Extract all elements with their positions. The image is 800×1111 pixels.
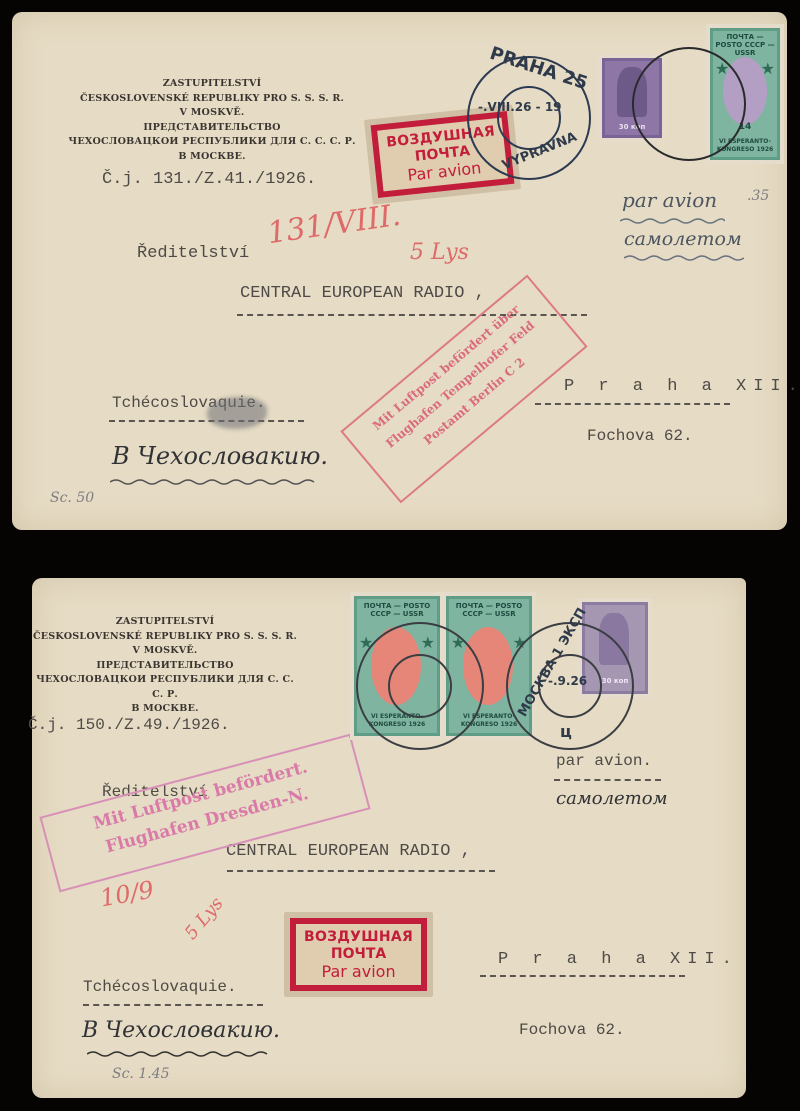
street-address: Fochova 62. [587, 427, 693, 445]
route-french-handwritten: par avion [622, 188, 717, 212]
letterhead-line: ЧЕХОСЛОВАЦКОИ РЕСПУБЛИКИ ДЛЯ С. С. С. Р. [30, 673, 300, 702]
recipient-name: CENTRAL EUROPEAN RADIO , [226, 842, 471, 861]
postmark-date: -.VIII.26 - 19 [478, 100, 562, 114]
letterhead-line: В МОСКВЕ. [30, 702, 300, 717]
underline [227, 870, 495, 872]
red-pencil-note: 5 Lys [410, 240, 469, 265]
letterhead-line: V MOSKVĚ. [67, 106, 357, 121]
pencil-rate-note: .35 [747, 188, 769, 204]
pencil-catalogue-note: Sc. 1.45 [112, 1066, 170, 1082]
addressee-title: Ředitelství [137, 244, 249, 263]
wavy-underline [620, 217, 725, 225]
letterhead-line: ПРЕДСТАВИТЕЛЬСТВО [30, 659, 300, 674]
destination-city: P r a h a XII. [564, 377, 800, 396]
letterhead: ZASTUPITELSTVÍ ČESKOSLOVENSKÉ REPUBLIKY … [67, 77, 357, 164]
letterhead-line: ZASTUPITELSTVÍ [30, 615, 300, 630]
ink-stain [207, 397, 267, 429]
country-french: Tchécoslovaquie. [83, 978, 237, 996]
cachet-line: Flughafen Tempelhofer Feld [361, 299, 559, 470]
letterhead-line: ČESKOSLOVENSKÉ REPUBLIKY PRO S. S. S. R. [67, 92, 357, 107]
moscow-postmark [632, 47, 746, 161]
underline [109, 420, 304, 422]
underline [535, 403, 730, 405]
wavy-underline [624, 254, 744, 262]
airmail-label: ВОЗДУШНАЯ ПОЧТА Par avion [284, 912, 433, 997]
letterhead-line: ČESKOSLOVENSKÉ REPUBLIKY PRO S. S. S. R. [30, 630, 300, 645]
route-russian-handwritten: самолетом [624, 228, 742, 250]
moscow-postmark-inner [388, 654, 452, 718]
letterhead: ZASTUPITELSTVÍ ČESKOSLOVENSKÉ REPUBLIKY … [30, 615, 300, 717]
red-pencil-file-number: 131/VIII. [265, 198, 403, 251]
underline [83, 1004, 263, 1006]
berlin-airmail-cachet: Mit Luftpost befördert über Flughafen Te… [340, 275, 587, 504]
country-russian-handwritten: В Чехословакию. [112, 442, 328, 470]
wavy-underline [87, 1050, 272, 1058]
stamp-header: ПОЧТА — POSTO СССР — USSR [713, 33, 777, 57]
street-address: Fochova 62. [519, 1021, 625, 1039]
label-line: ВОЗДУШНАЯ [304, 929, 413, 946]
letterhead-line: V MOSKVĚ. [30, 644, 300, 659]
red-pencil-file-number: 10/9 [98, 876, 156, 913]
pencil-catalogue-note: Sc. 50 [50, 490, 94, 506]
reference-number: Č.j. 131./Z.41./1926. [102, 170, 316, 189]
airmail-cover-1: ZASTUPITELSTVÍ ČESKOSLOVENSKÉ REPUBLIKY … [12, 12, 787, 530]
letterhead-line: ЧЕХОСЛОВАЦКОИ РЕСПУБЛИКИ ДЛЯ С. С. С. Р. [67, 135, 357, 150]
postmark-slot: ц [560, 722, 572, 741]
label-line: Par avion [304, 963, 413, 980]
destination-city: P r a h a XII. [498, 950, 739, 969]
red-pencil-note: 5 Lys [181, 893, 228, 943]
dresden-airmail-cachet: Mit Luftpost befördert. Flughafen Dresde… [39, 734, 370, 893]
stamp-header: ПОЧТА — POSTO СССР — USSR [357, 602, 437, 618]
label-line: ПОЧТА [304, 946, 413, 963]
underline [480, 975, 685, 977]
airmail-cover-2: ZASTUPITELSTVÍ ČESKOSLOVENSKÉ REPUBLIKY … [32, 578, 746, 1098]
route-russian-handwritten: самолетом [556, 788, 668, 809]
star-icon: ★ [761, 59, 775, 79]
stamp-header: ПОЧТА — POSTO СССР — USSR [449, 602, 529, 618]
letterhead-line: ZASTUPITELSTVÍ [67, 77, 357, 92]
recipient-name: CENTRAL EUROPEAN RADIO , [240, 284, 485, 303]
underline [554, 779, 661, 781]
route-french: par avion. [556, 752, 652, 770]
letterhead-line: ПРЕДСТАВИТЕЛЬСТВО [67, 121, 357, 136]
country-russian-handwritten: В Чехословакию. [82, 1018, 280, 1043]
reference-number: Č.j. 150./Z.49./1926. [28, 716, 230, 734]
postmark-date: -.9.26 [548, 674, 587, 688]
wavy-underline [110, 478, 315, 486]
letterhead-line: В МОСКВЕ. [67, 150, 357, 165]
